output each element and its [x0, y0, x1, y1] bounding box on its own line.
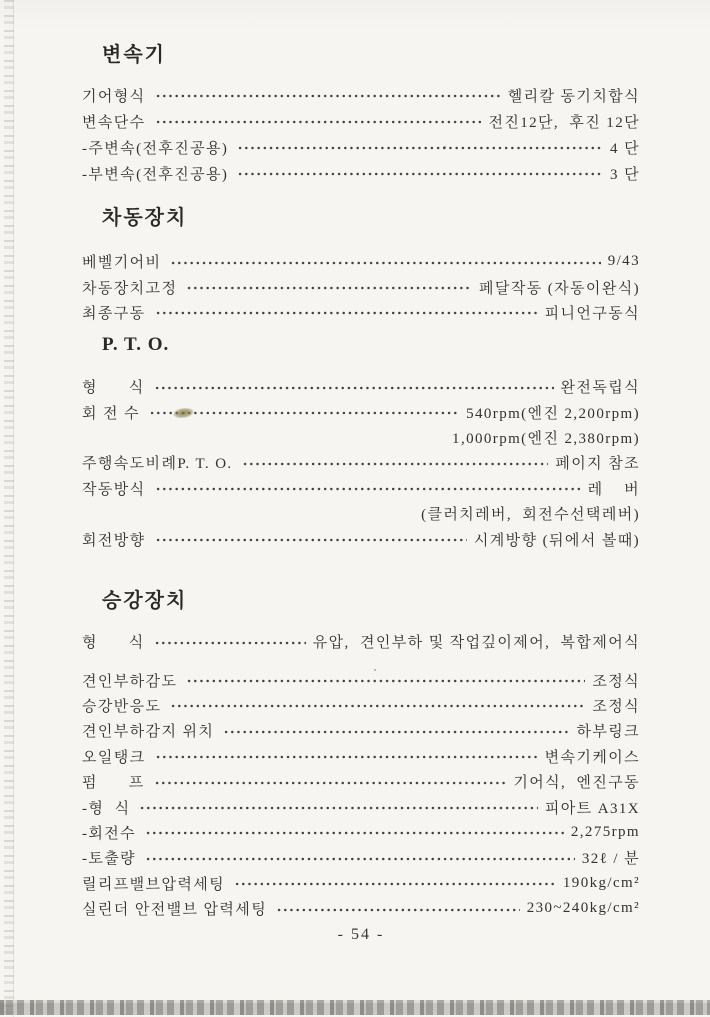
- spec-label: -부변속(전후진공용): [82, 163, 228, 184]
- spec-value: 32ℓ / 분: [582, 847, 640, 868]
- spec-value: 9/43: [608, 253, 640, 270]
- spec-value: 헬리칼 동기치합식: [508, 85, 640, 106]
- spec-label: -토출량: [82, 847, 136, 868]
- section-title: 변속기: [102, 38, 640, 67]
- spec-row: 릴리프밸브압력세팅 190kg/cm²: [82, 871, 640, 896]
- dotted-leader: [234, 876, 556, 892]
- spec-row: 최종구동 피니언구동식: [82, 300, 640, 325]
- spec-label: 최종구동: [82, 302, 146, 323]
- dotted-leader: [145, 851, 575, 867]
- spec-value: 조정식: [592, 695, 640, 716]
- spec-row-continuation: (클러치레버, 회전수선택레버): [82, 501, 640, 526]
- spec-row: 베벨기어비 9/43: [82, 249, 640, 274]
- ink-stain: [172, 407, 194, 420]
- spec-label: 회전방향: [82, 529, 146, 550]
- dotted-leader: [276, 902, 520, 918]
- section-transmission: 변속기 기어형식 헬리칼 동기치합식 변속단수 전진12단, 후진 12단 -주…: [82, 38, 640, 186]
- spec-row: -회전수 2,275rpm: [82, 820, 640, 845]
- spec-value: 4 단: [610, 137, 640, 158]
- section-pto: P. T. O. 형 식 완전독립식 회 전 수 540rpm(엔진 2,200…: [82, 334, 640, 552]
- spec-value: 전진12단, 후진 12단: [488, 111, 640, 132]
- spec-row: -형 식 피아트 A31X: [82, 794, 640, 819]
- spec-value: 변속기케이스: [545, 746, 640, 767]
- spec-label: 베벨기어비: [82, 251, 161, 272]
- spec-value: 3 단: [610, 163, 640, 184]
- dotted-leader: [155, 88, 501, 104]
- spec-row: 견인부하감지 위치 하부링크: [82, 718, 640, 743]
- section-title: 차동장치: [102, 201, 640, 230]
- spec-value: 피아트 A31X: [545, 797, 640, 818]
- dotted-leader: [155, 749, 538, 765]
- spec-row: 형 식 완전독립식: [82, 374, 640, 399]
- spec-row: 형 식 유압, 견인부하 및 작업깊이제어, 복합제어식: [82, 629, 640, 654]
- dotted-leader: [242, 456, 549, 472]
- spec-value: 시계방향 (뒤에서 볼때): [474, 529, 640, 550]
- spec-label: 형 식: [82, 376, 145, 397]
- dotted-leader: [154, 635, 306, 651]
- spec-row: 승강반응도 조정식: [82, 693, 640, 718]
- spec-value: 페이지 참조: [555, 452, 640, 473]
- spec-value: 페달작동 (자동이완식): [479, 277, 640, 298]
- spec-value: 피니언구동식: [545, 302, 640, 323]
- spec-label: -주변속(전후진공용): [82, 137, 228, 158]
- spec-label: 승강반응도: [82, 695, 161, 716]
- spec-value-continuation: (클러치레버, 회전수선택레버): [421, 503, 640, 524]
- spec-label: 릴리프밸브압력세팅: [82, 873, 225, 894]
- spec-label: 변속단수: [82, 111, 146, 132]
- spec-label: 견인부하감지 위치: [82, 720, 214, 741]
- spec-value: 230~240kg/cm²: [527, 900, 640, 917]
- spec-label: 견인부하감도: [82, 670, 177, 691]
- spec-value: 레 버: [588, 478, 640, 499]
- dotted-leader: [155, 305, 538, 321]
- spec-row: 주행속도비례P. T. O. 페이지 참조: [82, 450, 640, 475]
- section-title: P. T. O.: [102, 334, 640, 356]
- spec-row: 실린더 안전밸브 압력세팅 230~240kg/cm²: [82, 896, 640, 921]
- dotted-leader: [170, 698, 585, 714]
- spec-value: 완전독립식: [561, 376, 640, 397]
- spec-label: 펌 프: [82, 771, 145, 792]
- spec-label: 주행속도비례P. T. O.: [82, 452, 233, 473]
- spec-value: 유압, 견인부하 및 작업깊이제어, 복합제어식: [313, 631, 640, 652]
- spec-label: 오일탱크: [82, 746, 146, 767]
- spec-label: 작동방식: [82, 478, 146, 499]
- spec-value: 하부링크: [576, 720, 640, 741]
- spec-row: 오일탱크 변속기케이스: [82, 744, 640, 769]
- spec-value: 190kg/cm²: [563, 875, 640, 892]
- dotted-leader: [145, 825, 564, 841]
- dotted-leader: [139, 800, 537, 816]
- dotted-leader: [237, 166, 603, 182]
- scanned-document-page: 변속기 기어형식 헬리칼 동기치합식 변속단수 전진12단, 후진 12단 -주…: [0, 0, 710, 1017]
- spec-row: -주변속(전후진공용) 4 단: [82, 134, 640, 160]
- scanner-left-edge-artifact: [4, 0, 14, 1017]
- spec-row: 펌 프 기어식, 엔진구동: [82, 769, 640, 794]
- spec-row: 기어형식 헬리칼 동기치합식: [82, 82, 640, 108]
- dotted-leader: [237, 140, 603, 156]
- spec-value: 기어식, 엔진구동: [513, 771, 640, 792]
- section-title: 승강장치: [102, 584, 640, 613]
- spec-label: -회전수: [82, 822, 136, 843]
- section-differential: 차동장치 베벨기어비 9/43 차동장치고정 페달작동 (자동이완식) 최종구동…: [82, 201, 640, 325]
- dotted-leader: [155, 481, 581, 497]
- spec-row: -토출량 32ℓ / 분: [82, 845, 640, 870]
- scanner-bottom-edge-artifact: [0, 1000, 710, 1015]
- dotted-leader: [155, 532, 467, 548]
- spec-row: -부변속(전후진공용) 3 단: [82, 160, 640, 186]
- page-number: - 54 -: [82, 926, 640, 944]
- spec-label: 회 전 수: [82, 402, 140, 423]
- spec-row: 회전방향 시계방향 (뒤에서 볼때): [82, 526, 640, 551]
- spec-value: 2,275rpm: [571, 824, 640, 841]
- dotted-leader: [149, 405, 459, 421]
- dotted-leader: [154, 775, 507, 791]
- dotted-leader: [170, 255, 600, 271]
- spec-row: 견인부하감도 조정식: [82, 667, 640, 692]
- dotted-leader: [223, 724, 569, 740]
- spec-label: 기어형식: [82, 85, 146, 106]
- spec-row: 변속단수 전진12단, 후진 12단: [82, 108, 640, 134]
- section-lift: 승강장치 형 식 유압, 견인부하 및 작업깊이제어, 복합제어식 견인부하감도…: [82, 584, 640, 921]
- spec-row: 차동장치고정 페달작동 (자동이완식): [82, 274, 640, 299]
- spec-label: 실린더 안전밸브 압력세팅: [82, 898, 267, 919]
- dotted-leader: [154, 380, 554, 396]
- spec-label: 차동장치고정: [82, 277, 177, 298]
- spec-row: 회 전 수 540rpm(엔진 2,200rpm): [82, 399, 640, 424]
- spec-row-continuation: 1,000rpm(엔진 2,380rpm): [82, 425, 640, 450]
- dotted-leader: [155, 114, 482, 130]
- spec-value-continuation: 1,000rpm(엔진 2,380rpm): [452, 427, 640, 448]
- spec-label: 형 식: [82, 631, 145, 652]
- spec-value: 540rpm(엔진 2,200rpm): [466, 402, 640, 423]
- dotted-leader: [186, 280, 472, 296]
- spec-value: 조정식: [592, 670, 640, 691]
- dotted-leader: [186, 673, 585, 689]
- spec-row: 작동방식 레 버: [82, 476, 640, 501]
- spec-label: -형 식: [82, 797, 130, 818]
